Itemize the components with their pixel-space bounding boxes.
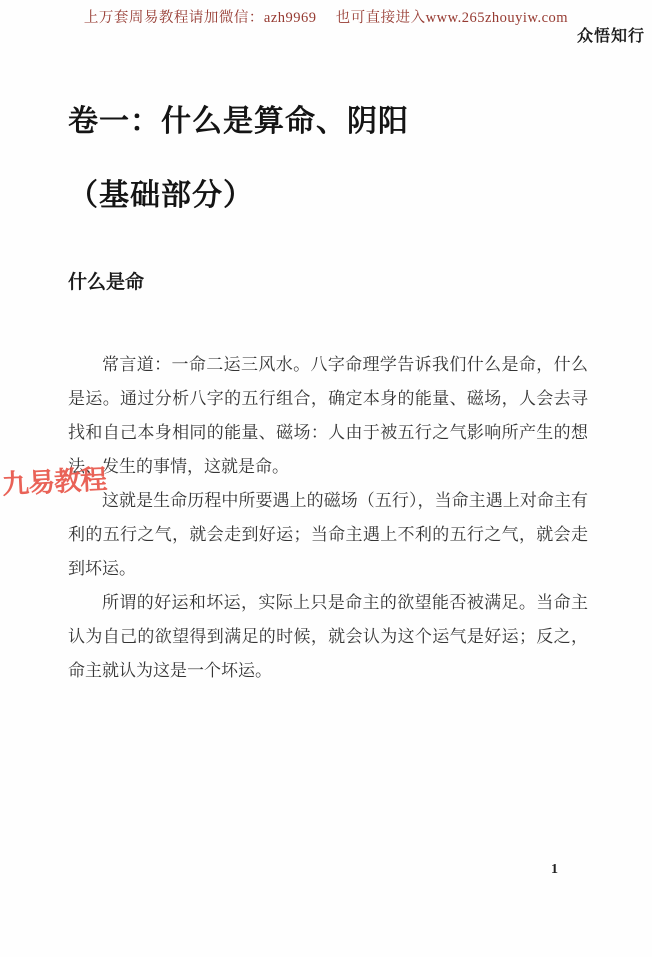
body-paragraph: 这就是生命历程中所要遇上的磁场（五行），当命主遇上对命主有利的五行之气，就会走到…	[68, 484, 588, 586]
chapter-subtitle: （基础部分）	[68, 170, 254, 214]
body-text-block: 常言道：一命二运三风水。八字命理学告诉我们什么是命，什么是运。通过分析八字的五行…	[68, 348, 588, 688]
body-paragraph: 常言道：一命二运三风水。八字命理学告诉我们什么是命，什么是运。通过分析八字的五行…	[68, 348, 588, 484]
chapter-title: 卷一：什么是算命、阴阳	[68, 96, 409, 140]
document-page: 上万套周易教程请加微信：azh9969 也可直接进入www.265zhouyiw…	[0, 0, 652, 957]
header-promo-text: 上万套周易教程请加微信：azh9969 也可直接进入www.265zhouyiw…	[0, 6, 652, 27]
body-paragraph: 所谓的好运和坏运，实际上只是命主的欲望能否被满足。当命主认为自己的欲望得到满足的…	[68, 586, 588, 688]
section-heading: 什么是命	[68, 267, 144, 294]
page-number: 1	[551, 862, 558, 878]
header-brand-text: 众悟知行	[577, 23, 645, 46]
